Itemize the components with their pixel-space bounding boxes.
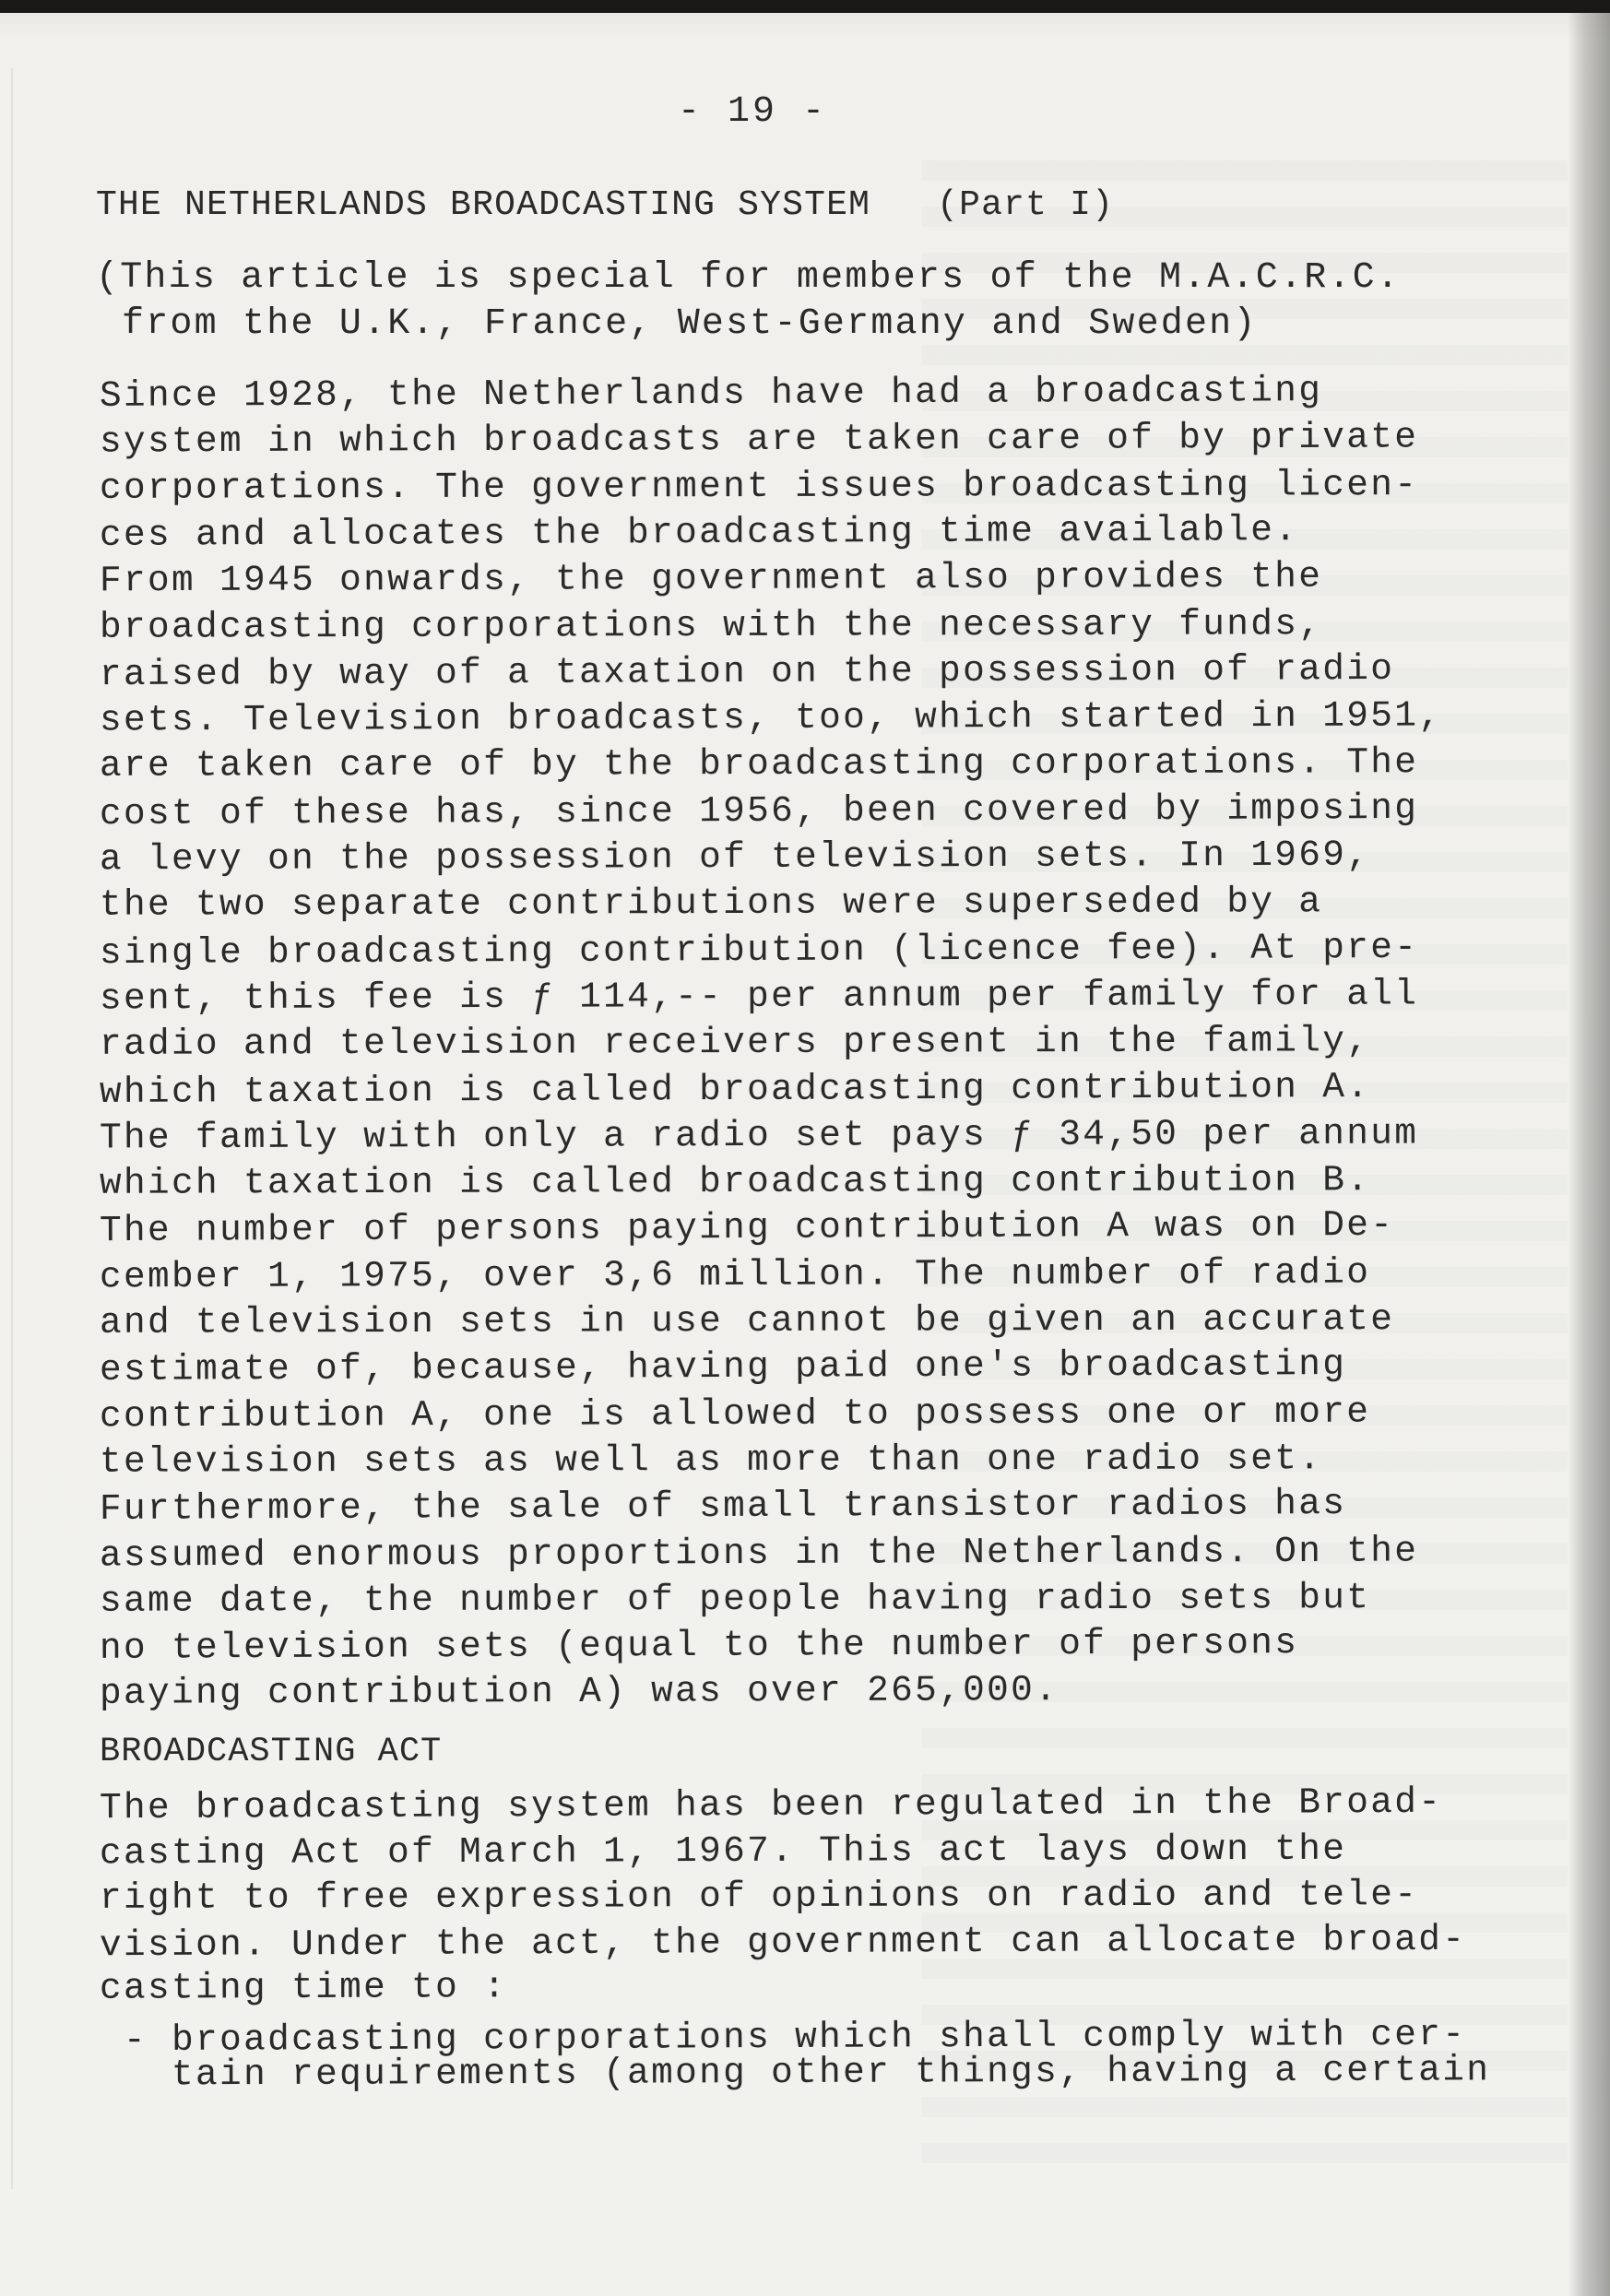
text-line: cember 1, 1975, over 3,6 million. The nu… [100, 1254, 1370, 1295]
text-line: radio and television receivers present i… [100, 1023, 1370, 1062]
text-line: system in which broadcasts are taken car… [100, 420, 1418, 460]
text-line: The family with only a radio set pays ƒ … [100, 1115, 1418, 1155]
text-line: which taxation is called broadcasting co… [100, 1162, 1370, 1201]
text-line: which taxation is called broadcasting co… [100, 1068, 1370, 1110]
text-line: ces and allocates the broadcasting time … [100, 512, 1298, 553]
text-line: and television sets in use cannot be giv… [100, 1301, 1394, 1341]
article-subtitle-line: from the U.K., France, West-Germany and … [122, 306, 1258, 343]
text-line: sent, this fee is ƒ 114,-- per annum per… [100, 976, 1418, 1016]
text-line: television sets as well as more than one… [100, 1440, 1322, 1480]
text-line: raised by way of a taxation on the posse… [100, 651, 1394, 693]
article-title: THE NETHERLANDS BROADCASTING SYSTEM (Par… [96, 188, 1114, 223]
text-line: a levy on the possession of television s… [100, 837, 1370, 878]
text-line: Since 1928, the Netherlands have had a b… [100, 373, 1322, 414]
text-line: the two separate contributions were supe… [100, 884, 1322, 924]
text-line: vision. Under the act, the government ca… [100, 1921, 1466, 1963]
text-line: Furthermore, the sale of small transisto… [100, 1485, 1346, 1527]
text-line: corporations. The government issues broa… [100, 467, 1418, 506]
text-line: From 1945 onwards, the government also p… [100, 559, 1322, 599]
list-item-line: tain requirements (among other things, h… [100, 2052, 1490, 2093]
text-line: are taken care of by the broadcasting co… [100, 745, 1418, 785]
text-line: paying contribution A) was over 265,000. [100, 1673, 1059, 1712]
page-number: - 19 - [678, 94, 827, 131]
text-line: casting time to : [100, 1969, 507, 2006]
section-heading-broadcasting-act: BROADCASTING ACT [100, 1735, 442, 1769]
text-line: single broadcasting contribution (licenc… [100, 929, 1418, 971]
article-subtitle-line: (This article is special for members of … [96, 260, 1401, 297]
document-page: - 19 - THE NETHERLANDS BROADCASTING SYST… [0, 13, 1610, 2296]
text-line: The number of persons paying contributio… [100, 1207, 1394, 1249]
text-line: same date, the number of people having r… [100, 1580, 1370, 1619]
text-line: broadcasting corporations with the neces… [100, 606, 1322, 645]
text-line: casting Act of March 1, 1967. This act l… [100, 1830, 1346, 1871]
text-line: assumed enormous proportions in the Neth… [100, 1533, 1418, 1573]
text-line: cost of these has, since 1956, been cove… [100, 790, 1418, 833]
text-line: right to free expression of opinions on … [100, 1876, 1418, 1916]
text-line: contribution A, one is allowed to posses… [100, 1393, 1370, 1434]
text-line: no television sets (equal to the number … [100, 1625, 1298, 1666]
text-line: The broadcasting system has been regulat… [100, 1784, 1442, 1827]
text-line: sets. Television broadcasts, too, which … [100, 698, 1442, 740]
text-line: estimate of, because, having paid one's … [100, 1346, 1346, 1388]
